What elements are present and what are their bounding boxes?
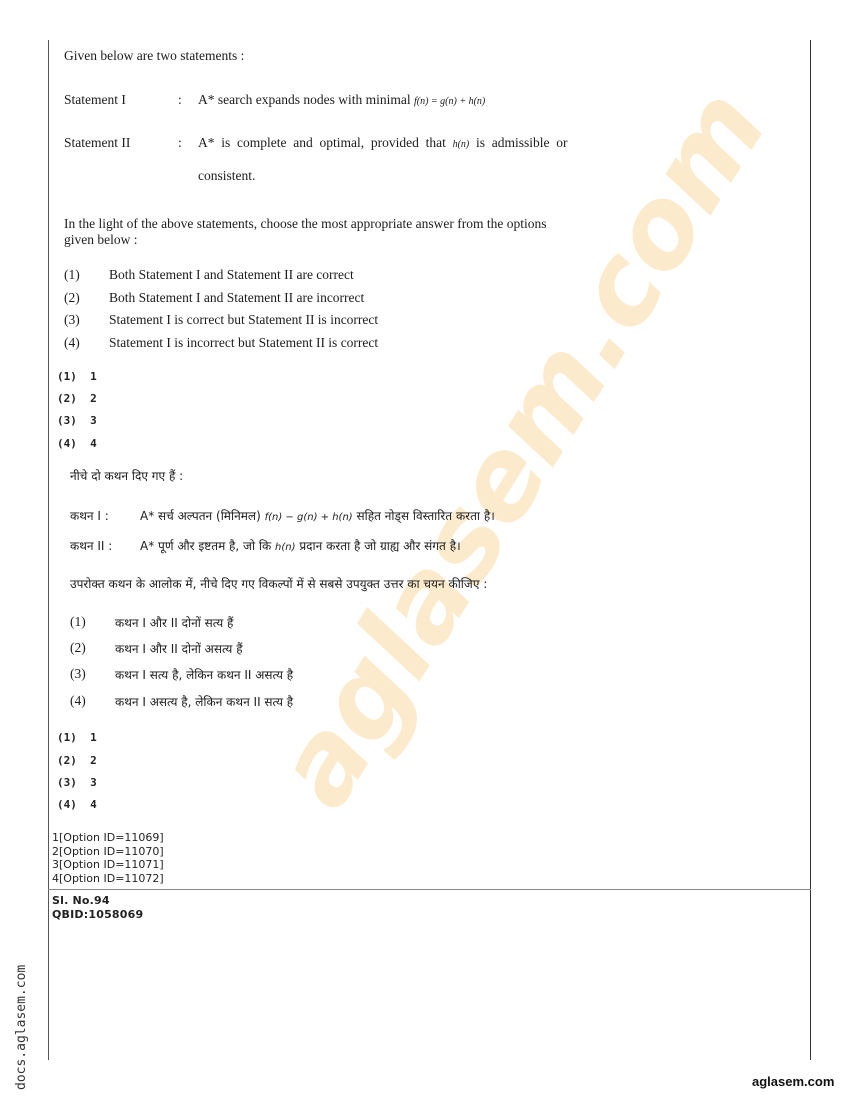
- option-id: 1[Option ID=11069]: [52, 831, 164, 845]
- option-num: (3): [64, 312, 80, 328]
- answer-choice[interactable]: (2) 2: [57, 392, 97, 405]
- statement1-formula: f(n) = g(n) + h(n): [414, 96, 485, 107]
- intro-text: Given below are two statements :: [64, 48, 244, 64]
- side-url: docs.aglasem.com: [14, 965, 29, 1090]
- hindi-statement1-text: A* सर्च अल्पतन (मिनिमल) f(n) − g(n) + h(…: [140, 507, 495, 524]
- hindi-statement1-body: A* सर्च अल्पतन (मिनिमल): [140, 509, 261, 523]
- statement1-label: Statement I: [64, 92, 126, 108]
- question-divider: [48, 889, 811, 890]
- option-text: Statement I is correct but Statement II …: [109, 312, 378, 328]
- option-id: 2[Option ID=11070]: [52, 845, 164, 859]
- option-id: 4[Option ID=11072]: [52, 872, 164, 886]
- hindi-intro: नीचे दो कथन दिए गए हैं :: [70, 467, 183, 484]
- option-ids: 1[Option ID=11069] 2[Option ID=11070] 3[…: [52, 831, 164, 885]
- statement2-colon: :: [178, 135, 182, 151]
- option-id: 3[Option ID=11071]: [52, 858, 164, 872]
- hindi-question: उपरोक्त कथन के आलोक में, नीचे दिए गए विक…: [70, 575, 487, 592]
- question-line2: given below :: [64, 232, 138, 248]
- statement2-text: A* is complete and optimal, provided tha…: [198, 135, 568, 151]
- option-text: कथन I असत्य है, लेकिन कथन II सत्य है: [115, 693, 293, 710]
- option-text: कथन I और II दोनों असत्य हैं: [115, 640, 243, 657]
- option-text: Statement I is incorrect but Statement I…: [109, 335, 378, 351]
- option-text: Both Statement I and Statement II are co…: [109, 267, 354, 283]
- answer-choice[interactable]: (1) 1: [57, 731, 97, 744]
- option-num: (2): [64, 290, 80, 306]
- page-border-right: [810, 40, 811, 1060]
- footer-brand: aglasem.com: [752, 1074, 834, 1089]
- answer-choice[interactable]: (4) 4: [57, 798, 97, 811]
- option-num: (1): [64, 267, 80, 283]
- answer-choice[interactable]: (2) 2: [57, 754, 97, 767]
- hindi-statement2-text: A* पूर्ण और इष्टतम है, जो कि h(n) प्रदान…: [140, 537, 461, 554]
- answer-choice[interactable]: (3) 3: [57, 776, 97, 789]
- answer-choice[interactable]: (1) 1: [57, 370, 97, 383]
- answer-choice[interactable]: (4) 4: [57, 437, 97, 450]
- statement2-body-end: is admissible or: [476, 135, 568, 150]
- hindi-statement1-formula: f(n) − g(n) + h(n): [265, 512, 353, 523]
- option-num: (3): [70, 666, 86, 682]
- option-text: कथन I सत्य है, लेकिन कथन II असत्य है: [115, 666, 293, 683]
- hindi-statement2-label: कथन II :: [70, 537, 112, 554]
- question-line1: In the light of the above statements, ch…: [64, 216, 547, 232]
- statement1-body: A* search expands nodes with minimal: [198, 92, 411, 107]
- statement1-colon: :: [178, 92, 182, 108]
- hindi-statement1-label: कथन I :: [70, 507, 109, 524]
- next-question-header: Sl. No.94 QBID:1058069: [52, 894, 143, 922]
- option-text: Both Statement I and Statement II are in…: [109, 290, 364, 306]
- hindi-statement2-body: A* पूर्ण और इष्टतम है, जो कि: [140, 539, 271, 553]
- serial-number: Sl. No.94: [52, 894, 143, 908]
- answer-choice[interactable]: (3) 3: [57, 414, 97, 427]
- watermark: aglasem.com: [250, 67, 791, 828]
- option-num: (1): [70, 614, 86, 630]
- page-border-left: [48, 40, 49, 1060]
- option-num: (4): [70, 693, 86, 709]
- option-text: कथन I और II दोनों सत्य हैं: [115, 614, 233, 631]
- hindi-statement2-formula: h(n): [275, 542, 295, 553]
- option-num: (2): [70, 640, 86, 656]
- statement1-text: A* search expands nodes with minimal f(n…: [198, 92, 485, 108]
- hindi-statement2-body-end: प्रदान करता है जो ग्राह्य और संगत है।: [299, 539, 460, 553]
- statement2-line2: consistent.: [198, 168, 255, 184]
- statement2-formula: h(n): [453, 139, 470, 150]
- option-num: (4): [64, 335, 80, 351]
- qbid: QBID:1058069: [52, 908, 143, 922]
- statement2-label: Statement II: [64, 135, 130, 151]
- hindi-statement1-body-end: सहित नोड्स विस्तारित करता है।: [357, 509, 495, 523]
- statement2-body: A* is complete and optimal, provided tha…: [198, 135, 446, 150]
